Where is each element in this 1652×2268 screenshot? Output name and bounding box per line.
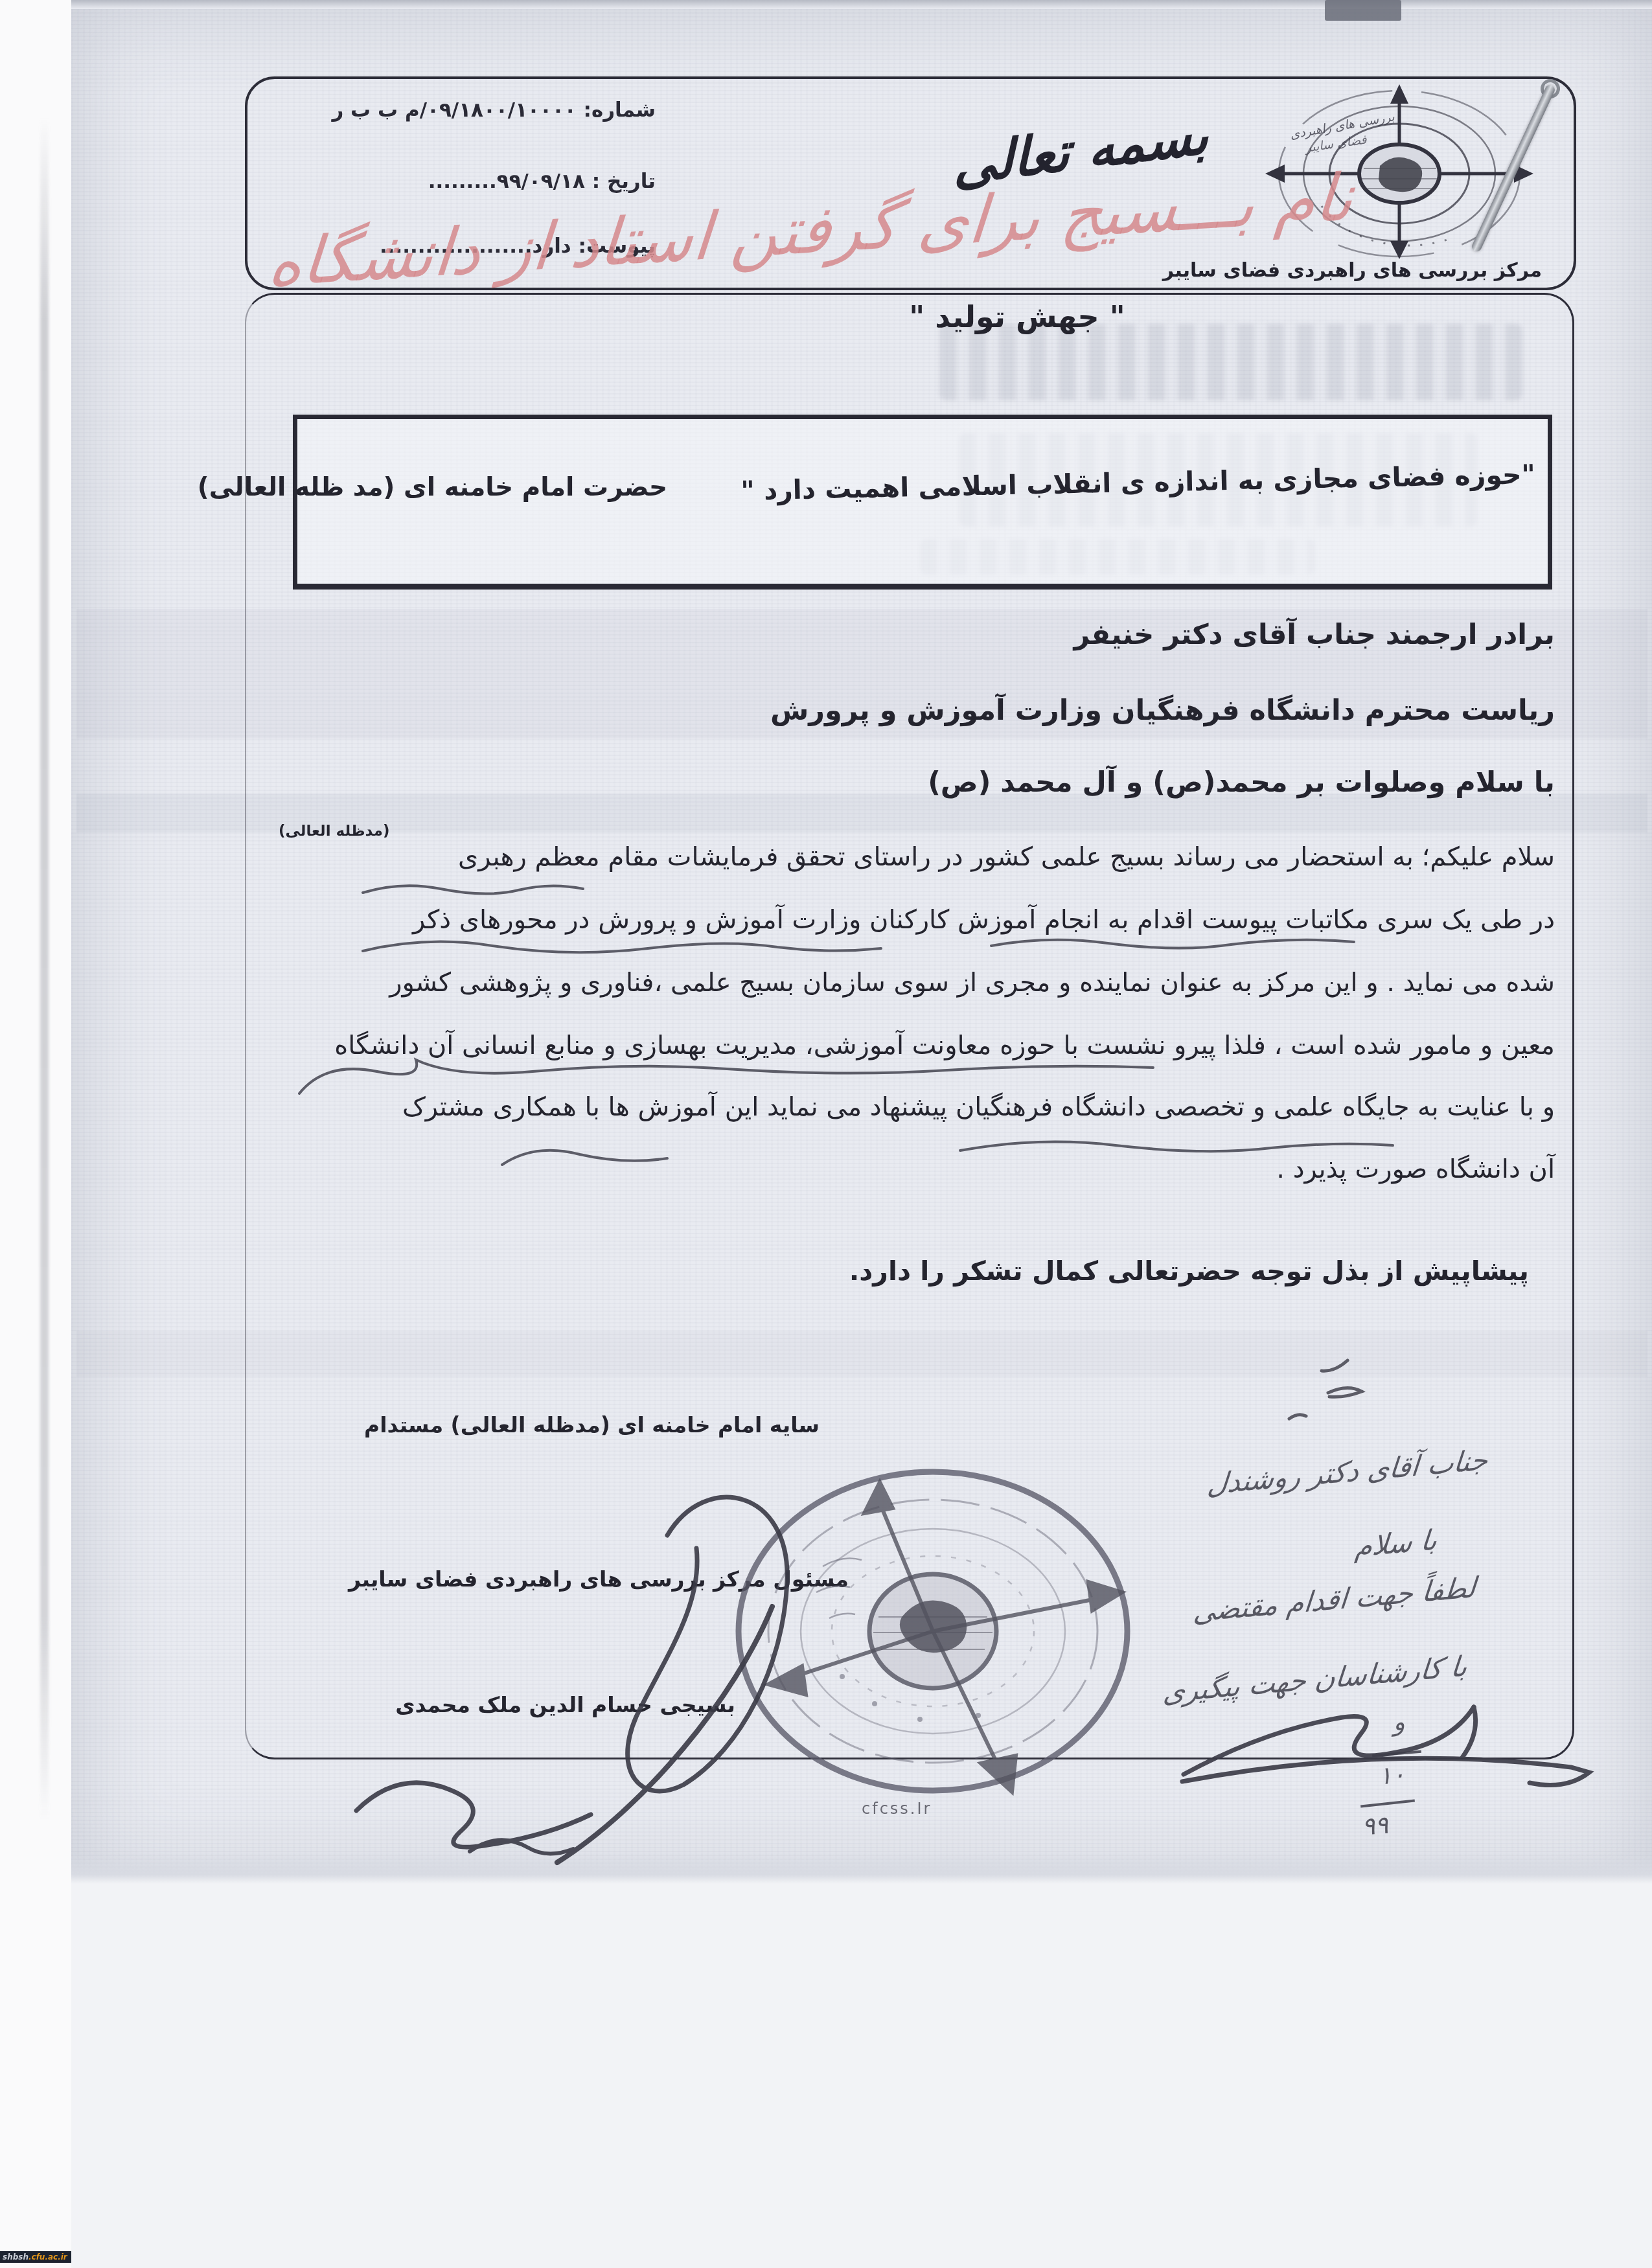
scanned-letter-page: شماره: ۰۹/۱۸۰۰/۱۰۰۰۰/م ب ب ر تاریخ : ۹۹/… — [0, 0, 1652, 2268]
signature-scribble-left — [279, 1445, 862, 1866]
signature-scribble-right — [1095, 1678, 1600, 1846]
stamp-caption: cfcss.Ir — [862, 1800, 932, 1818]
closing-line: پیشاپیش از بذل توجه حضرتعالی کمال تشکر ر… — [849, 1255, 1529, 1287]
wavy-underline — [991, 940, 1354, 948]
signature-blessing-line: سایه امام خامنه ای (مدظله العالی) مستدام — [398, 1412, 820, 1438]
handwritten-date-mark: و — [1392, 1707, 1405, 1736]
wavy-underline — [363, 942, 881, 953]
handwriting-scribble — [1250, 1347, 1380, 1432]
watermark-prefix: shbsh — [3, 2252, 29, 2262]
site-watermark: shbsh.cfu.ac.ir — [0, 2251, 71, 2263]
wavy-underline — [299, 1060, 1153, 1094]
handwritten-date-year: ۹۹ — [1361, 1811, 1390, 1841]
wavy-underline — [960, 1142, 1393, 1152]
wavy-underline — [363, 886, 583, 893]
hand-underlines-overlay — [0, 0, 1652, 2268]
watermark-suffix: .cfu.ac.ir — [29, 2252, 67, 2262]
handwritten-date-month: ۱۰ — [1378, 1760, 1406, 1791]
wavy-underline — [502, 1151, 667, 1165]
